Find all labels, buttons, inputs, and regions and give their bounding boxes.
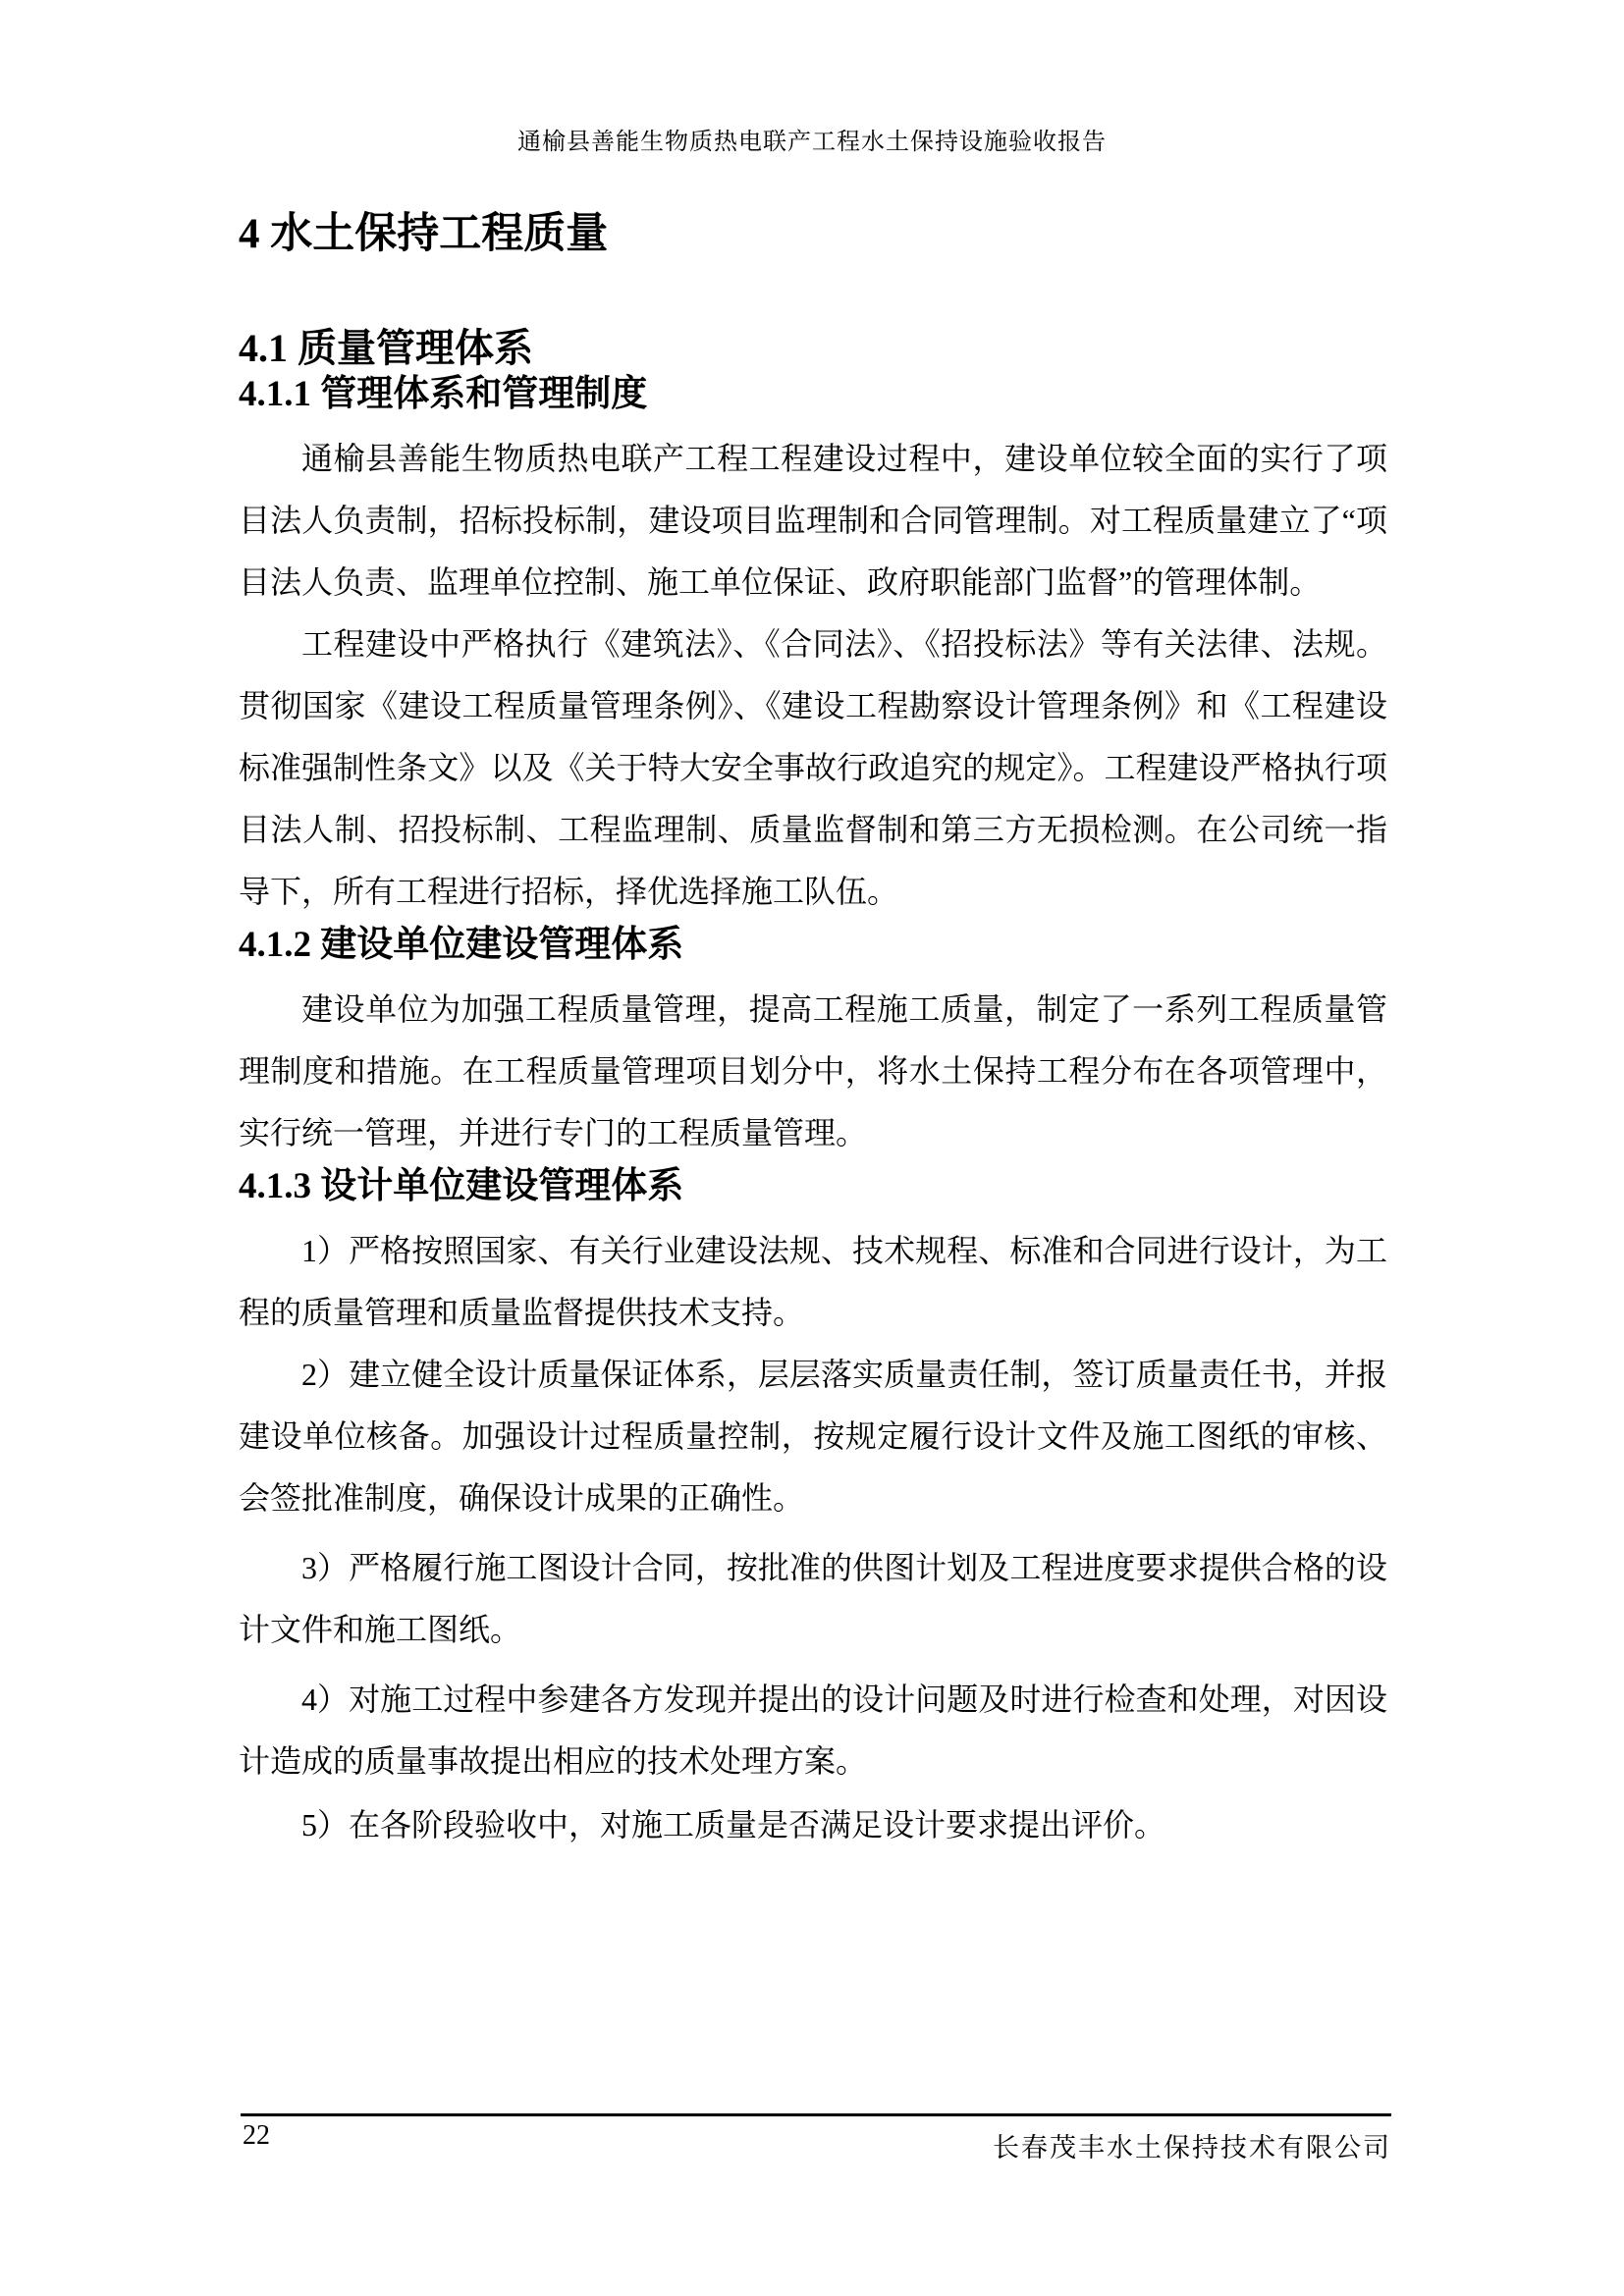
list-item-413-5: 5）在各阶段验收中，对施工质量是否满足设计要求提出评价。	[239, 1794, 1387, 1856]
paragraph-412-1: 建设单位为加强工程质量管理，提高工程施工质量，制定了一系列工程质量管理制度和措施…	[239, 979, 1387, 1164]
footer-divider	[241, 2113, 1391, 2116]
heading-section-4-1: 4.1 质量管理体系	[239, 325, 1387, 372]
paragraph-411-1: 通榆县善能生物质热电联产工程工程建设过程中，建设单位较全面的实行了项目法人负责制…	[239, 428, 1387, 614]
heading-chapter-4: 4 水土保持工程质量	[239, 208, 1387, 260]
page-number: 22	[243, 2120, 270, 2152]
footer-company-name: 长春茂丰水土保持技术有限公司	[993, 2126, 1391, 2164]
heading-subsection-4-1-2: 4.1.2 建设单位建设管理体系	[239, 923, 1387, 967]
paragraph-411-2: 工程建设中严格执行《建筑法》、《合同法》、《招投标法》等有关法律、法规。贯彻国家…	[239, 614, 1387, 923]
heading-subsection-4-1-1: 4.1.1 管理体系和管理制度	[239, 372, 1387, 416]
heading-subsection-4-1-3: 4.1.3 设计单位建设管理体系	[239, 1164, 1387, 1208]
list-item-413-2: 2）建立健全设计质量保证体系，层层落实质量责任制，签订质量责任书，并报建设单位核…	[239, 1344, 1387, 1529]
document-content: 4 水土保持工程质量 4.1 质量管理体系 4.1.1 管理体系和管理制度 通榆…	[239, 0, 1387, 1856]
list-item-413-1: 1）严格按照国家、有关行业建设法规、技术规程、标准和合同进行设计，为工程的质量管…	[239, 1220, 1387, 1344]
list-item-413-4: 4）对施工过程中参建各方发现并提出的设计问题及时进行检查和处理，对因设计造成的质…	[239, 1669, 1387, 1792]
document-page: 通榆县善能生物质热电联产工程水土保持设施验收报告 4 水土保持工程质量 4.1 …	[0, 0, 1624, 2296]
list-item-413-3: 3）严格履行施工图设计合同，按批准的供图计划及工程进度要求提供合格的设计文件和施…	[239, 1537, 1387, 1661]
